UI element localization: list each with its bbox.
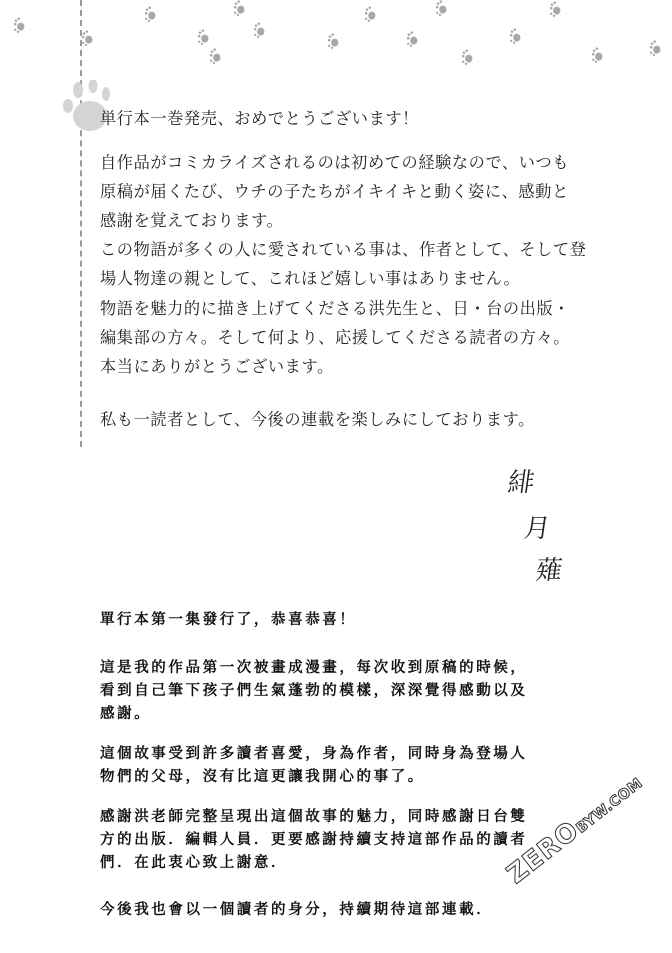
- closing-line: 私も一読者として、今後の連載を楽しみにしております。: [100, 405, 535, 434]
- translation-line: 感謝洪老師完整呈現出這個故事的魅力，同時感謝日台雙: [100, 806, 620, 829]
- letter-page: 単行本一巻発売、おめでとうございます！ 自作品がコミカライズされるのは初めての経…: [0, 0, 672, 953]
- note-line: 編集部の方々。そして何より、応援してくださる読者の方々。: [100, 323, 570, 352]
- paw-print-icon: [252, 22, 268, 38]
- paw-print-icon: [648, 40, 664, 56]
- signature-char: 緋: [506, 470, 536, 496]
- paw-print-icon: [326, 33, 342, 49]
- translation-paragraph: 單行本第一集發行了，恭喜恭喜！: [100, 609, 620, 632]
- note-line: 本当にありがとうございます。: [100, 352, 334, 381]
- translation-line: 單行本第一集發行了，恭喜恭喜！: [100, 609, 620, 632]
- note-line: 自作品がコミカライズされるのは初めての経験なので、いつも: [100, 148, 569, 177]
- paw-print-icon: [12, 17, 28, 33]
- translation-line: 這是我的作品第一次被畫成漫畫，每次收到原稿的時候，: [100, 657, 620, 680]
- paw-print-icon: [405, 31, 421, 47]
- paw-print-icon: [434, 0, 450, 16]
- note-line: 原稿が届くたび、ウチの子たちがイキイキと動く姿に、感動と: [100, 177, 569, 206]
- paw-print-icon: [143, 6, 159, 22]
- paw-print-icon: [232, 0, 248, 16]
- translation-line: 今後我也會以一個讀者的身分，持續期待這部連載．: [100, 899, 620, 922]
- paw-print-icon: [208, 48, 224, 64]
- translation-line: 物們的父母，沒有比這更讓我開心的事了。: [100, 766, 620, 789]
- signature-char: 月: [522, 516, 552, 542]
- translation-paragraph: 這個故事受到許多讀者喜愛，身為作者，同時身為登場人 物們的父母，沒有比這更讓我開…: [100, 743, 620, 789]
- signature-char: 薙: [534, 558, 564, 584]
- note-line: 場人物達の親として、これほど嬉しい事はありません。: [100, 264, 520, 293]
- paw-print-icon: [590, 47, 606, 63]
- translation-line: 這個故事受到許多讀者喜愛，身為作者，同時身為登場人: [100, 743, 620, 766]
- paw-print-icon: [460, 49, 476, 65]
- note-line: この物語が多くの人に愛されている事は、作者として、そして登: [100, 235, 587, 264]
- paw-print-icon: [548, 1, 564, 17]
- translation-line: 看到自己筆下孩子們生氣蓬勃的模樣，深深覺得感動以及: [100, 680, 620, 703]
- paw-print-icon: [80, 30, 96, 46]
- dashed-margin-line: [80, 0, 82, 447]
- note-line: 感謝を覚えております。: [100, 206, 283, 235]
- greeting-line: 単行本一巻発売、おめでとうございます！: [100, 104, 419, 133]
- translation-paragraph: 這是我的作品第一次被畫成漫畫，每次收到原稿的時候， 看到自己筆下孩子們生氣蓬勃的…: [100, 657, 620, 726]
- paw-print-icon: [508, 28, 524, 44]
- paw-print-icon: [363, 6, 379, 22]
- author-signature: 緋 月 薙: [508, 466, 588, 596]
- note-line: 物語を魅力的に描き上げてくださる洪先生と、日・台の出版・: [100, 294, 570, 323]
- paw-print-icon: [196, 29, 212, 45]
- translation-paragraph: 今後我也會以一個讀者的身分，持續期待這部連載．: [100, 899, 620, 922]
- translation-line: 感謝。: [100, 703, 620, 726]
